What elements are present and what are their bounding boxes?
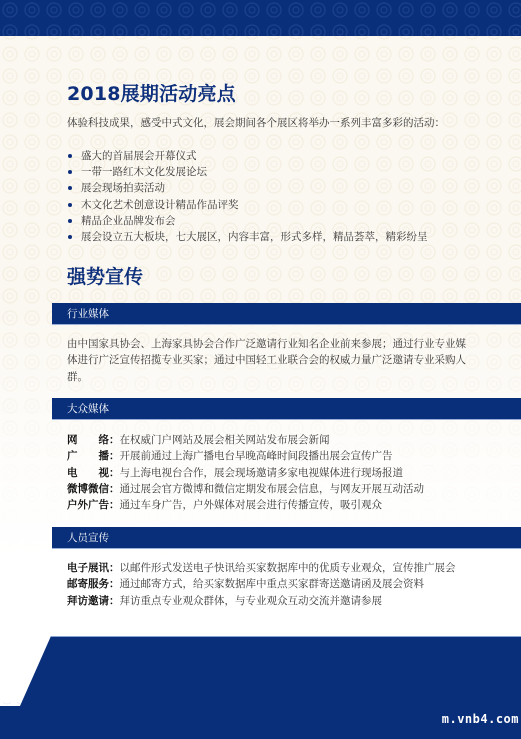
item-key: 电视 — [67, 465, 109, 481]
list-item: 木文化艺术创意设计精品作品评奖 — [67, 197, 428, 213]
activities-intro: 体验科技成果，感受中式文化，展会期间各个展区将举办一系列丰富多彩的活动： — [67, 115, 445, 130]
list-item: 网络：在权威门户网站及展会相关网站发布展会新闻 — [67, 432, 424, 448]
item-key: 拜访邀请 — [67, 593, 109, 609]
list-item: 精品企业品牌发布会 — [67, 213, 428, 229]
item-value: 在权威门户网站及展会相关网站发布展会新闻 — [120, 432, 330, 448]
section-header-personnel: 人员宣传 — [52, 527, 521, 549]
item-key: 邮寄服务 — [67, 576, 109, 592]
list-item: 邮寄服务：通过邮寄方式，给买家数据库中重点买家群寄送邀请函及展会资料 — [67, 576, 456, 592]
promotion-title: 强势宣传 — [67, 262, 143, 289]
item-value: 通过邮寄方式，给买家数据库中重点买家群寄送邀请函及展会资料 — [120, 576, 425, 592]
item-key: 户外广告 — [67, 497, 109, 513]
watermark-text: m.vnb4.com — [442, 712, 519, 726]
list-item: 盛大的首届展会开幕仪式 — [67, 148, 428, 164]
industry-media-paragraph: 由中国家具协会、上海家具协会合作广泛邀请行业知名企业前来参展；通过行业专业媒体进… — [67, 336, 467, 385]
list-item: 展会设立五大板块，七大展区，内容丰富，形式多样，精品荟萃，精彩纷呈 — [67, 229, 428, 245]
item-value: 开展前通过上海广播电台早晚高峰时间段播出展会宣传广告 — [120, 448, 393, 464]
section-header-mass-media: 大众媒体 — [52, 398, 521, 420]
list-item: 拜访邀请：拜访重点专业观众群体，与专业观众互动交流并邀请参展 — [67, 593, 456, 609]
item-key: 电子展讯 — [67, 560, 109, 576]
item-key: 网络 — [67, 432, 109, 448]
item-key: 微博微信 — [67, 481, 109, 497]
list-item: 广播：开展前通过上海广播电台早晚高峰时间段播出展会宣传广告 — [67, 448, 424, 464]
list-item: 电视：与上海电视台合作，展会现场邀请多家电视媒体进行现场报道 — [67, 465, 424, 481]
bullet-icon — [68, 203, 72, 207]
section-header-industry-media: 行业媒体 — [52, 303, 521, 325]
list-item: 展会现场拍卖活动 — [67, 180, 428, 196]
list-item: 电子展讯：以邮件形式发送电子快讯给买家数据库中的优质专业观众，宣传推广展会 — [67, 560, 456, 576]
item-value: 通过展会官方微博和微信定期发布展会信息，与网友开展互动活动 — [120, 481, 425, 497]
item-value: 以邮件形式发送电子快讯给买家数据库中的优质专业观众，宣传推广展会 — [120, 560, 456, 576]
list-item: 户外广告：通过车身广告，户外媒体对展会进行传播宣传，吸引观众 — [67, 497, 424, 513]
activities-title: 2018展期活动亮点 — [67, 79, 236, 106]
bullet-icon — [68, 154, 72, 158]
activities-list: 盛大的首届展会开幕仪式 一带一路红木文化发展论坛 展会现场拍卖活动 木文化艺术创… — [67, 148, 428, 245]
item-value: 拜访重点专业观众群体，与专业观众互动交流并邀请参展 — [120, 593, 383, 609]
header-pattern-band — [0, 0, 521, 36]
personnel-list: 电子展讯：以邮件形式发送电子快讯给买家数据库中的优质专业观众，宣传推广展会 邮寄… — [67, 560, 456, 609]
item-value: 通过车身广告，户外媒体对展会进行传播宣传，吸引观众 — [120, 497, 383, 513]
item-key: 广播 — [67, 448, 109, 464]
bullet-icon — [68, 186, 72, 190]
bullet-icon — [68, 219, 72, 223]
item-value: 与上海电视台合作，展会现场邀请多家电视媒体进行现场报道 — [120, 465, 404, 481]
bullet-icon — [68, 235, 72, 239]
bullet-icon — [68, 170, 72, 174]
mass-media-list: 网络：在权威门户网站及展会相关网站发布展会新闻 广播：开展前通过上海广播电台早晚… — [67, 432, 424, 513]
list-item: 一带一路红木文化发展论坛 — [67, 164, 428, 180]
list-item: 微博微信：通过展会官方微博和微信定期发布展会信息，与网友开展互动活动 — [67, 481, 424, 497]
